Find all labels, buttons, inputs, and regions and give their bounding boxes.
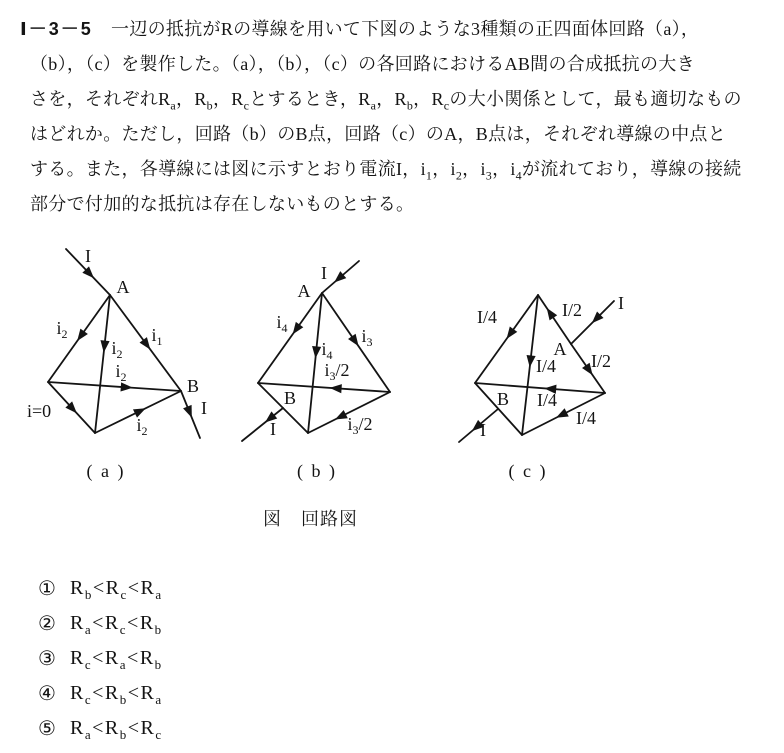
- choice-formula: Rb<Rc<Ra: [70, 577, 163, 600]
- problem-text: Ⅰ－3－5 一辺の抵抗がRの導線を用いて下図のような3種類の正四面体回路（a），…: [20, 12, 764, 222]
- current-arrow-icon: [289, 322, 303, 337]
- current-label: i2: [111, 338, 122, 361]
- diagram-b: IAi4i4i3i3/2i3/2BI( b ): [242, 261, 390, 482]
- current-label: A: [117, 277, 130, 297]
- current-label: I/4: [537, 390, 557, 410]
- choice-formula: Ra<Rc<Rb: [70, 612, 163, 635]
- choice-number: ③: [38, 646, 70, 671]
- wire-line: [258, 383, 390, 392]
- choice-row[interactable]: ②Ra<Rc<Rb: [38, 606, 163, 641]
- current-label: i2: [56, 318, 67, 341]
- choice-row[interactable]: ④Rc<Rb<Ra: [38, 676, 163, 711]
- circuit-figure: IAi2i2i1i2i2i=0BI( a )IAi4i4i3i3/2i3/2BI…: [0, 230, 784, 490]
- current-label: i3: [361, 326, 372, 349]
- choice-formula: Rc<Ra<Rb: [70, 647, 163, 670]
- current-label: B: [497, 389, 509, 409]
- diagram-caption: ( c ): [509, 461, 548, 482]
- current-arrow-icon: [99, 340, 109, 353]
- current-arrow-icon: [554, 408, 569, 422]
- current-label: i=0: [27, 401, 51, 421]
- figure-caption: 図 回路図: [263, 505, 358, 531]
- current-label: I: [270, 419, 276, 439]
- current-label: I: [321, 263, 327, 283]
- current-label: I/2: [562, 300, 582, 320]
- diagram-a: IAi2i2i1i2i2i=0BI( a ): [27, 246, 207, 482]
- current-label: I/4: [477, 307, 497, 327]
- wire-line: [258, 293, 322, 383]
- choices: ①Rb<Rc<Ra②Ra<Rc<Rb③Rc<Ra<Rb④Rc<Rb<Ra⑤Ra<…: [38, 571, 163, 746]
- problem-line: （b），（c）を製作した。（a），（b），（c）の各回路におけるAB間の合成抵抗…: [20, 47, 764, 82]
- problem-line: 部分で付加的な抵抗は存在しないものとする。: [20, 187, 764, 222]
- current-label: I: [480, 420, 486, 440]
- choice-number: ④: [38, 681, 70, 706]
- current-label: i3/2: [324, 360, 349, 383]
- wire-line: [308, 293, 322, 433]
- current-label: I/2: [591, 351, 611, 371]
- current-label: A: [298, 281, 311, 301]
- wire-line: [95, 295, 110, 433]
- current-arrow-icon: [329, 383, 342, 393]
- current-arrow-icon: [183, 405, 196, 420]
- current-arrow-icon: [525, 355, 536, 368]
- current-label: i2: [136, 415, 147, 438]
- current-label: i2: [115, 361, 126, 384]
- choice-number: ①: [38, 576, 70, 601]
- diagram-c: II/2I/2AI/4I/4I/4I/4BI( c ): [459, 293, 624, 482]
- diagram-caption: ( b ): [297, 461, 337, 482]
- current-arrow-icon: [348, 334, 362, 349]
- current-arrow-icon: [73, 329, 87, 344]
- current-arrow-icon: [503, 326, 517, 341]
- current-label: B: [284, 388, 296, 408]
- current-label: B: [187, 376, 199, 396]
- current-label: I/4: [536, 356, 556, 376]
- problem-line: さを，それぞれRa，Rb，Rcとするとき，Ra，Rb，Rcの大小関係として，最も…: [20, 82, 764, 117]
- choice-formula: Rc<Rb<Ra: [70, 682, 163, 705]
- current-label: I: [618, 293, 624, 313]
- current-label: i1: [151, 325, 162, 348]
- current-arrow-icon: [333, 410, 348, 424]
- current-arrow-icon: [311, 346, 321, 359]
- diagram-caption: ( a ): [87, 461, 126, 482]
- current-label: I: [201, 398, 207, 418]
- wire-line: [48, 382, 181, 391]
- choice-number: ②: [38, 611, 70, 636]
- choice-number: ⑤: [38, 716, 70, 741]
- choice-row[interactable]: ③Rc<Ra<Rb: [38, 641, 163, 676]
- current-label: i3/2: [347, 414, 372, 437]
- current-arrow-icon: [543, 305, 557, 320]
- problem-line: はどれか。ただし，回路（b）のB点，回路（c）のA，B点は，それぞれ導線の中点と: [20, 117, 764, 152]
- choice-formula: Ra<Rb<Rc: [70, 717, 163, 740]
- problem-line: Ⅰ－3－5 一辺の抵抗がRの導線を用いて下図のような3種類の正四面体回路（a），: [20, 12, 764, 47]
- choice-row[interactable]: ①Rb<Rc<Ra: [38, 571, 163, 606]
- current-label: I: [85, 246, 91, 266]
- wire-line: [242, 408, 283, 441]
- current-label: i4: [321, 339, 332, 362]
- current-label: i4: [276, 312, 287, 335]
- choice-row[interactable]: ⑤Ra<Rb<Rc: [38, 711, 163, 746]
- current-label: I/4: [576, 408, 596, 428]
- problem-line: する。また，各導線には図に示すとおり電流I，i1，i2，i3，i4が流れており，…: [20, 152, 764, 187]
